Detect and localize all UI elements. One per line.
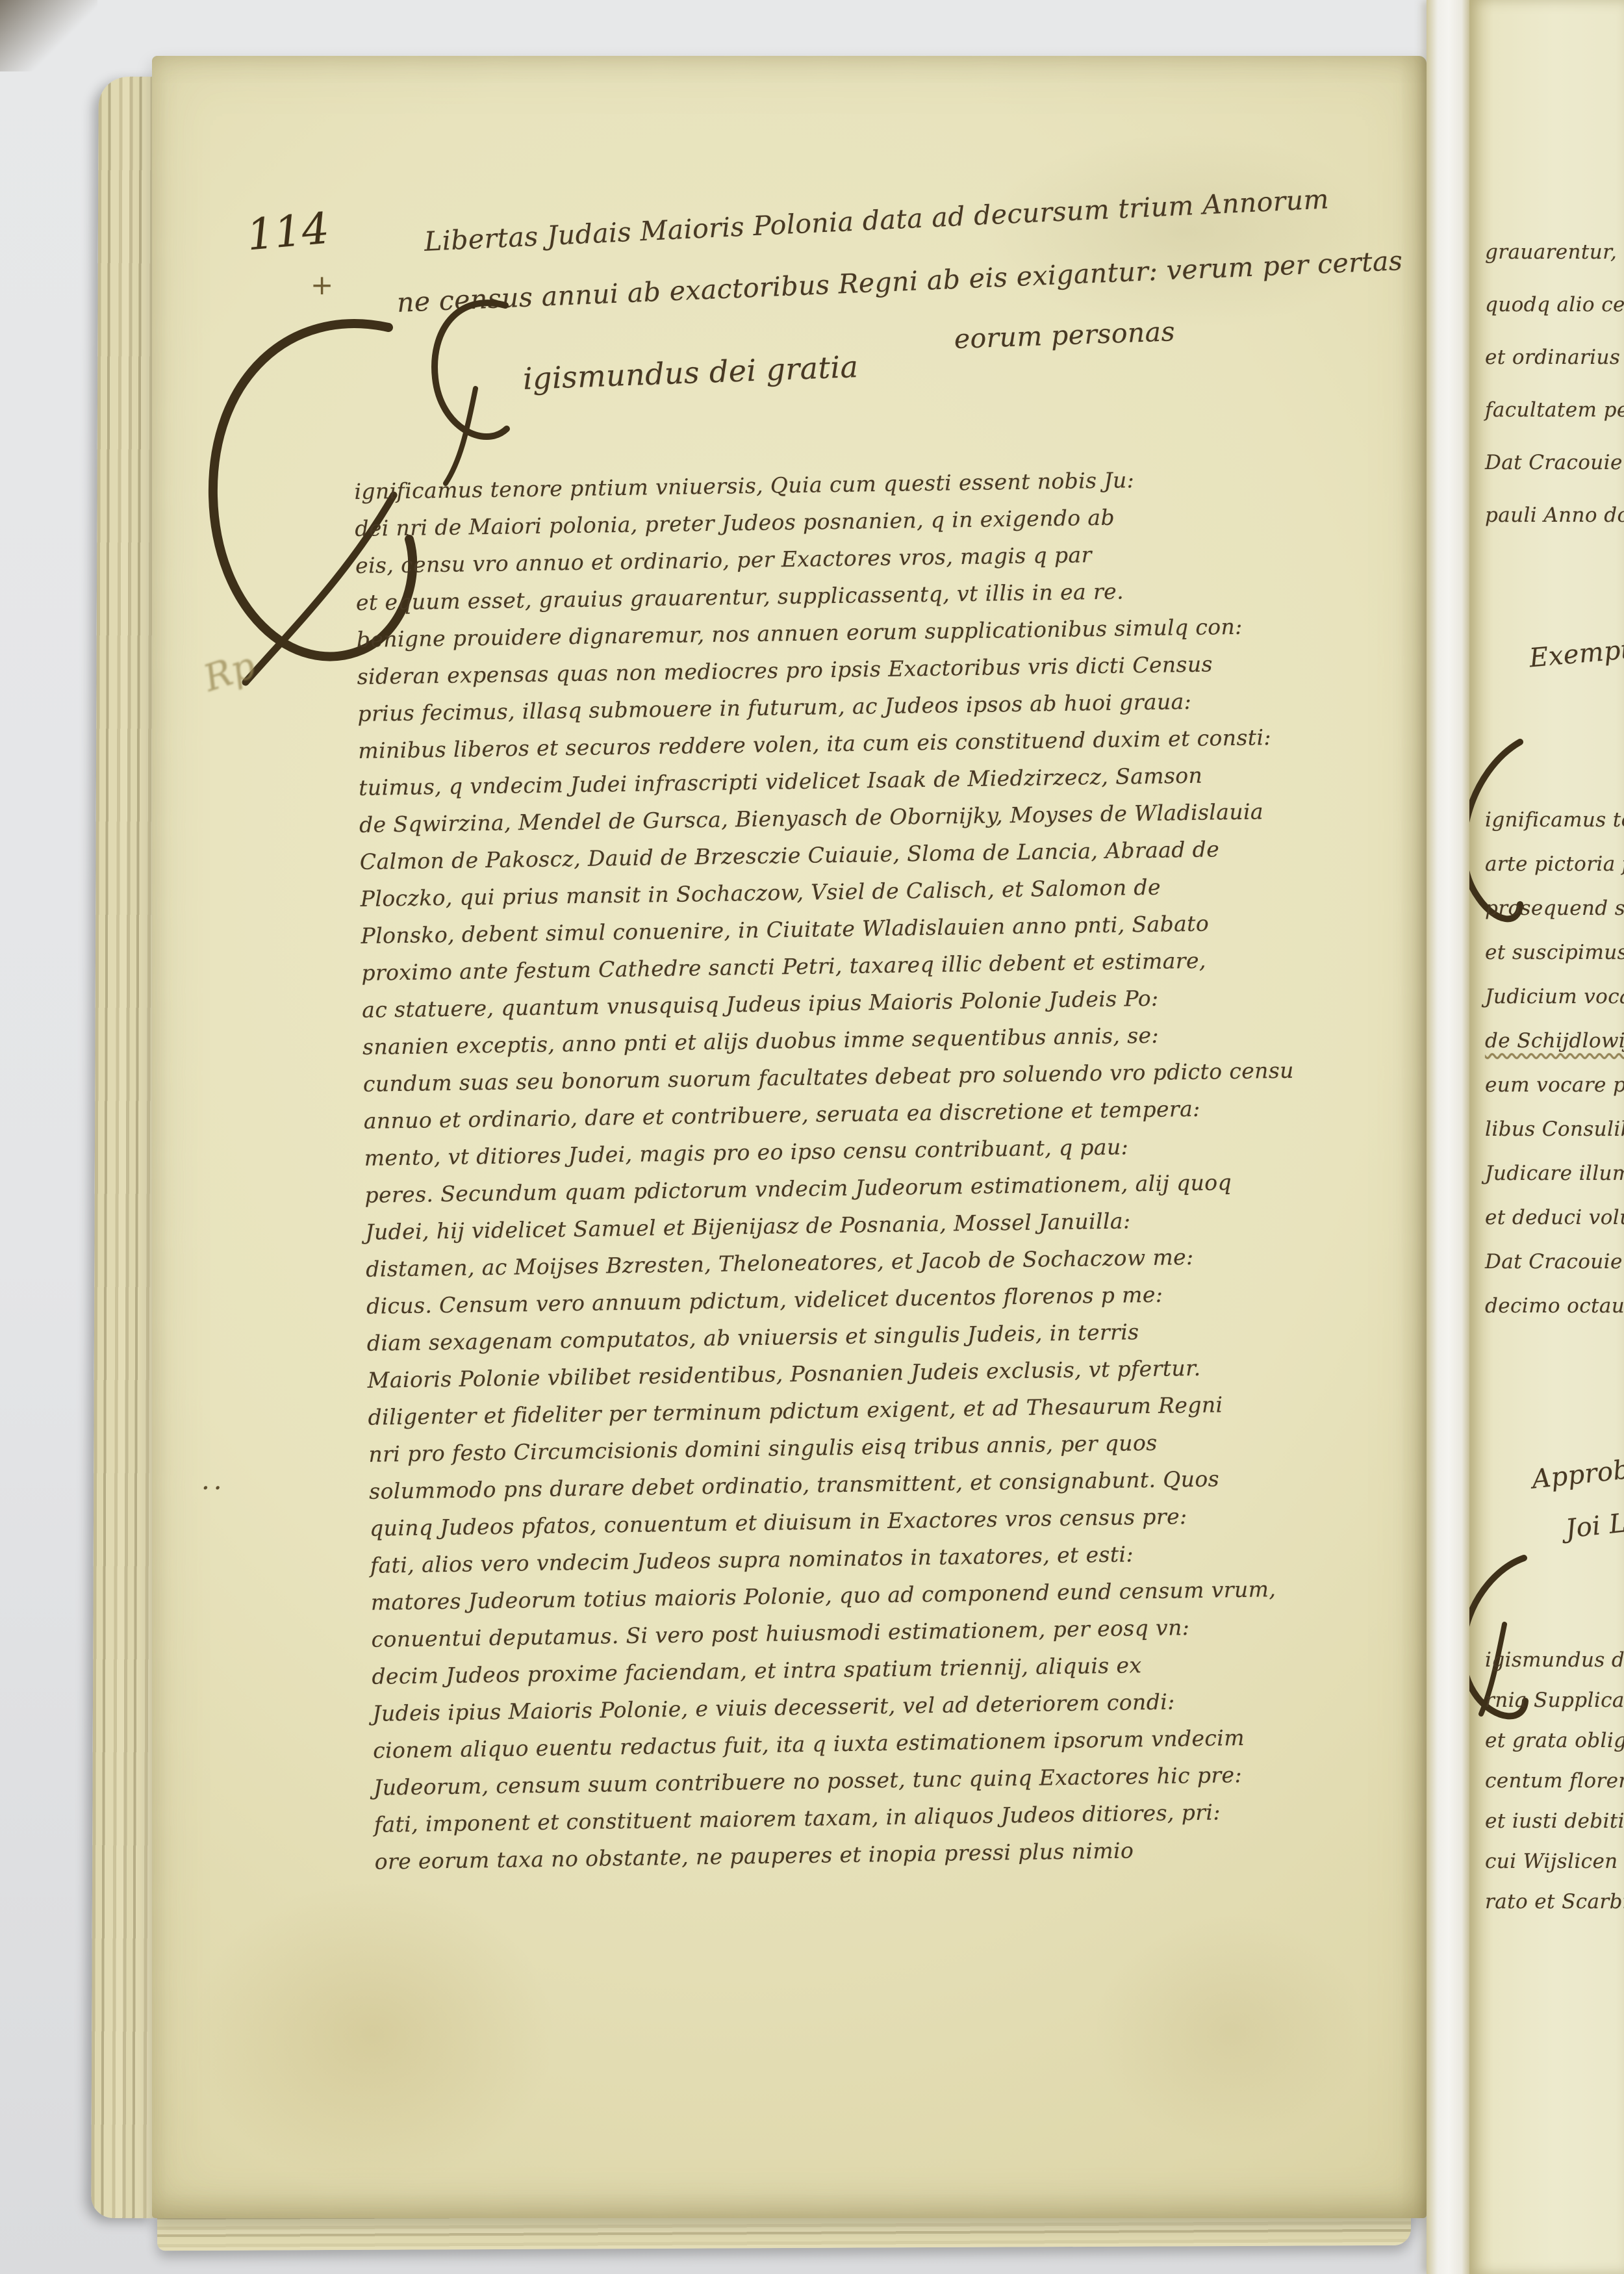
scan-corner-shadow [0,0,97,71]
right-page-exemptio-fragment: ignificamus tenoarte pictoria faproseque… [1485,798,1624,1328]
manuscript-photo: 114 + Libertas Judais Maioris Polonia da… [0,0,1624,2274]
right-page-top-fragment: grauarentur, inquodq alio cenet ordinari… [1485,226,1624,542]
body-text-block: ignificamus tenore pntium vniuersis, Qui… [354,457,1414,1880]
right-page-heading-exemptio: Exemptio [1528,633,1624,674]
fragment-line: grauarentur, in [1485,226,1624,279]
parchment-stain [983,134,1386,329]
binding-tape-strip [1427,0,1469,2274]
fragment-line: Judicare illum p [1485,1151,1624,1195]
fragment-line: eum vocare pos [1485,1063,1624,1107]
manuscript-right-page-strip: grauarentur, inquodq alio cenet ordinari… [1469,0,1624,2274]
pen-flourish-initial-sigismundus [420,291,530,492]
parchment-stain [1094,1914,1367,2148]
folio-number: 114 [245,203,331,261]
fragment-line: ignificamus teno [1485,798,1624,842]
fragment-line: Dat Cracouie in [1485,1240,1624,1284]
fragment-line: rnia Supplicab [1485,1680,1624,1720]
fragment-line: centum florenor [1485,1761,1624,1801]
fragment-line: et deduci volum [1485,1195,1624,1240]
fragment-line: et iusti debiti in [1485,1801,1624,1841]
fragment-line: Dat Cracouie f [1485,437,1624,489]
page-stack-left-edge [91,77,161,2218]
margin-dots: .. [201,1466,225,1496]
right-page-approbatio-fragment: igismundus dei grnia Supplicabet grata o… [1485,1640,1624,1922]
fragment-line: rato et Scarbimi [1485,1882,1624,1922]
fragment-line: et suscipimus, V [1485,930,1624,975]
fragment-line: pauli Anno do [1485,489,1624,542]
fragment-line: et ordinarius ta [1485,331,1624,384]
fragment-line: prosequend sen [1485,886,1624,930]
fragment-line: facultatem per [1485,384,1624,437]
parchment-stain [191,1882,555,2187]
fragment-line: libus Consulibus, [1485,1107,1624,1151]
fragment-line: Judicium vocare [1485,975,1624,1019]
fragment-line: quodq alio cen [1485,279,1624,331]
fragment-line: de Schijdlowijeg [1485,1019,1624,1063]
fragment-line: et grata obliga [1485,1720,1624,1761]
fragment-line: cui Wijslicen [1485,1841,1624,1882]
fragment-line: arte pictoria fa [1485,842,1624,886]
fragment-line: decimo octauo R [1485,1284,1624,1328]
fragment-line: igismundus dei g [1485,1640,1624,1680]
right-page-heading-approbatio: Approbati [1530,1451,1624,1494]
folio-cross-mark: + [311,269,334,301]
right-page-heading-approbatio-2: Joi L [1564,1508,1624,1544]
